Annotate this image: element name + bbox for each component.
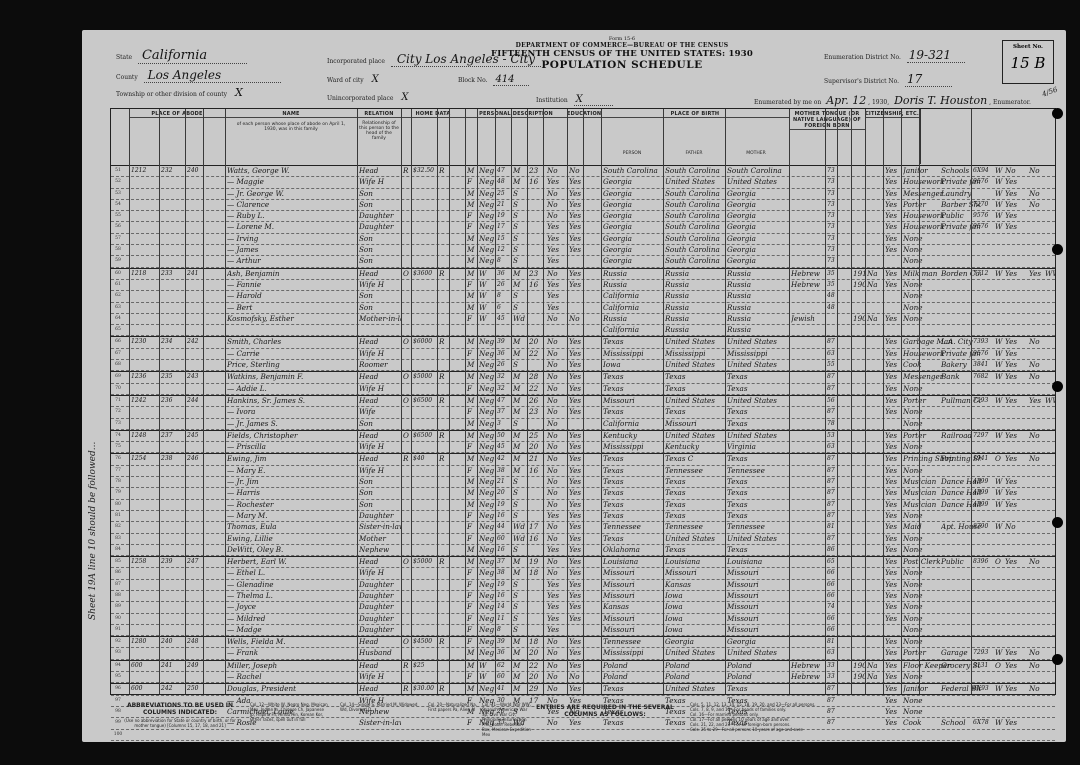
cell-radio: R bbox=[439, 637, 449, 647]
cell-english: Yes bbox=[885, 661, 901, 671]
cell-age: 38 bbox=[497, 466, 511, 476]
cell-race: Neg bbox=[479, 545, 495, 555]
cell-relation: Head bbox=[359, 337, 401, 347]
cell-english: Yes bbox=[885, 349, 901, 359]
cell-occupation: None bbox=[903, 384, 953, 394]
supervisor-value: 17 bbox=[905, 72, 952, 87]
cell-school: Yes bbox=[547, 234, 565, 244]
cell-code: 87 bbox=[827, 500, 837, 510]
cell-pob: Poland bbox=[603, 661, 663, 671]
cell-age: 62 bbox=[497, 661, 511, 671]
department-title: DEPARTMENT OF COMMERCE—BUREAU OF THE CEN… bbox=[482, 42, 762, 49]
cell-occupation: None bbox=[903, 466, 953, 476]
col20-note: Col. 20—Naturalized Na, First papers Pa,… bbox=[428, 702, 478, 712]
cell-race: Neg bbox=[479, 454, 495, 464]
cell-read: Yes bbox=[569, 372, 583, 382]
cell-sex: M bbox=[467, 360, 477, 370]
township-label: Township or other division of county bbox=[116, 91, 227, 98]
cell-pob-father: South Carolina bbox=[665, 200, 725, 210]
cell-pob: Missouri bbox=[603, 591, 663, 601]
cell-sex: F bbox=[467, 407, 477, 417]
cell-school: No bbox=[547, 568, 565, 578]
cell-pob-mother: Texas bbox=[727, 488, 789, 498]
cell-relation: Son bbox=[359, 419, 401, 429]
cell-pob-father: South Carolina bbox=[665, 256, 725, 266]
cell-occupation: None bbox=[903, 291, 953, 301]
cell-age-married: 29 bbox=[529, 684, 543, 694]
rule bbox=[411, 109, 412, 694]
line-number: 71 bbox=[113, 396, 123, 406]
cell-relation: Head bbox=[359, 269, 401, 279]
cell-pob: Georgia bbox=[603, 189, 663, 199]
cell-family: 243 bbox=[187, 372, 203, 382]
rule bbox=[477, 109, 478, 694]
cell-occ-code: 8790 bbox=[973, 522, 993, 532]
cell-sex: F bbox=[467, 177, 477, 187]
cell-veteran: Yes bbox=[1029, 269, 1043, 279]
cell-school: Yes bbox=[547, 303, 565, 313]
cell-read: Yes bbox=[569, 442, 583, 452]
cell-race: Neg bbox=[479, 431, 495, 441]
cell-code: 87 bbox=[827, 534, 837, 544]
cell-veteran: No bbox=[1029, 189, 1043, 199]
line-number: 93 bbox=[113, 648, 123, 658]
cell-relation: Son bbox=[359, 477, 401, 487]
line-number: 79 bbox=[113, 488, 123, 498]
cell-english: Yes bbox=[885, 234, 901, 244]
cell-sex: M bbox=[467, 200, 477, 210]
cell-relation: Head bbox=[359, 372, 401, 382]
cell-age: 25 bbox=[497, 189, 511, 199]
state-label: State bbox=[116, 54, 132, 61]
cell-sex: F bbox=[467, 466, 477, 476]
line-number: 92 bbox=[113, 637, 123, 647]
cell-code: 48 bbox=[827, 303, 837, 313]
cell-pob-father: Iowa bbox=[665, 591, 725, 601]
cell-pob-mother: Texas bbox=[727, 477, 789, 487]
cell-pob-mother: Poland bbox=[727, 672, 789, 682]
cell-age: 39 bbox=[497, 337, 511, 347]
cell-school: No bbox=[547, 269, 565, 279]
cell-read: Yes bbox=[569, 466, 583, 476]
cell-veteran: No bbox=[1029, 454, 1043, 464]
cell-school: No bbox=[547, 442, 565, 452]
unincorporated-field: Unincorporated place X bbox=[327, 92, 408, 103]
cell-name: Watts, George W. bbox=[227, 166, 357, 176]
cell-code: 65 bbox=[827, 557, 837, 567]
census-title: FIFTEENTH CENSUS OF THE UNITED STATES: 1… bbox=[482, 49, 762, 59]
cell-school: No bbox=[547, 661, 565, 671]
cell-marital: M bbox=[513, 557, 527, 567]
cell-sex: F bbox=[467, 591, 477, 601]
cell-class: W bbox=[995, 349, 1003, 359]
cell-age: 48 bbox=[497, 177, 511, 187]
cell-pob-father: Russia bbox=[665, 314, 725, 324]
cell-pob-father: United States bbox=[665, 534, 725, 544]
line-number: 51 bbox=[113, 166, 123, 176]
cell-school: No bbox=[547, 672, 565, 682]
line-number: 90 bbox=[113, 614, 123, 624]
cell-code: 86 bbox=[827, 545, 837, 555]
rule bbox=[129, 109, 130, 694]
cell-english: Yes bbox=[885, 337, 901, 347]
cell-code: 81 bbox=[827, 522, 837, 532]
cell-value: $4500 bbox=[413, 637, 437, 647]
cell-school: No bbox=[547, 349, 565, 359]
cell-pob: Texas bbox=[603, 372, 663, 382]
cell-relation: Daughter bbox=[359, 211, 401, 221]
margin-annotation: Sheet 19A line 10 should be followed... bbox=[88, 442, 98, 620]
cell-english: Yes bbox=[885, 442, 901, 452]
cell-marital: M bbox=[513, 684, 527, 694]
cell-sex: M bbox=[467, 488, 477, 498]
rule bbox=[225, 109, 226, 694]
cell-imm-year: 1907 bbox=[853, 672, 865, 682]
cell-read: Yes bbox=[569, 602, 583, 612]
cell-race: Neg bbox=[479, 466, 495, 476]
cell-age: 39 bbox=[497, 637, 511, 647]
cell-marital: S bbox=[513, 580, 527, 590]
cell-pob-father: United States bbox=[665, 177, 725, 187]
cell-class: O bbox=[995, 454, 1003, 464]
cell-radio: R bbox=[439, 372, 449, 382]
cell-name: — Rachel bbox=[227, 672, 357, 682]
punch-hole bbox=[1052, 654, 1063, 665]
cell-english: Yes bbox=[885, 534, 901, 544]
col12-race-note: Col. 12—White W, Negro Neg, Mexican Mex,… bbox=[250, 702, 330, 722]
cell-age-married: 23 bbox=[529, 269, 543, 279]
rule bbox=[567, 109, 568, 694]
cell-age: 20 bbox=[497, 488, 511, 498]
cell-pob-mother: Russia bbox=[727, 269, 789, 279]
cell-pob-father: Iowa bbox=[665, 625, 725, 635]
cell-dwelling: 242 bbox=[161, 684, 185, 694]
cell-pob-father: Louisiana bbox=[665, 557, 725, 567]
cell-english: Yes bbox=[885, 211, 901, 221]
cell-house: 600 bbox=[131, 684, 159, 694]
cell-marital: S bbox=[513, 256, 527, 266]
cell-school: No bbox=[547, 534, 565, 544]
cell-sex: M bbox=[467, 234, 477, 244]
cell-pob-father: Russia bbox=[665, 280, 725, 290]
enum-district-label: Enumeration District No. bbox=[824, 54, 901, 61]
cell-pob-father: Texas C bbox=[665, 454, 725, 464]
cell-school: No bbox=[547, 488, 565, 498]
cell-class: W bbox=[995, 211, 1003, 221]
cell-tongue: Hebrew bbox=[791, 269, 825, 279]
cell-pob-father: South Carolina bbox=[665, 234, 725, 244]
cell-name: — Harold bbox=[227, 291, 357, 301]
cell-class: O bbox=[995, 557, 1003, 567]
cell-code: 33 bbox=[827, 661, 837, 671]
cell-code: 87 bbox=[827, 488, 837, 498]
cell-value: $30.00 bbox=[413, 684, 437, 694]
cell-marital: S bbox=[513, 545, 527, 555]
cell-name: — Bert bbox=[227, 303, 357, 313]
cell-sex: M bbox=[467, 661, 477, 671]
cell-school: No bbox=[547, 419, 565, 429]
cell-marital: Wd bbox=[513, 534, 527, 544]
cell-age-married: 23 bbox=[529, 166, 543, 176]
cell-class: W bbox=[995, 522, 1003, 532]
cell-name: — Thelma L. bbox=[227, 591, 357, 601]
cell-read: Yes bbox=[569, 568, 583, 578]
cell-age: 41 bbox=[497, 684, 511, 694]
cell-school: Yes bbox=[547, 591, 565, 601]
rule bbox=[883, 109, 884, 694]
cell-pob-mother: United States bbox=[727, 337, 789, 347]
line-number: 69 bbox=[113, 372, 123, 382]
line-number: 62 bbox=[113, 291, 123, 301]
rule bbox=[663, 109, 664, 694]
line-number: 57 bbox=[113, 234, 123, 244]
cell-occupation: None bbox=[903, 637, 953, 647]
cell-pob-mother: Georgia bbox=[727, 222, 789, 232]
cell-pob: Texas bbox=[603, 511, 663, 521]
cell-pob-father: United States bbox=[665, 648, 725, 658]
cell-family: 241 bbox=[187, 269, 203, 279]
cell-employed: Yes bbox=[1005, 396, 1019, 406]
cell-read: Yes bbox=[569, 534, 583, 544]
col-mother-tongue: MOTHER TONGUE (OR NATIVE LANGUAGE) OF FO… bbox=[789, 109, 866, 164]
cell-radio: R bbox=[439, 269, 449, 279]
cell-code: 55 bbox=[827, 360, 837, 370]
cell-age-married: 16 bbox=[529, 534, 543, 544]
cell-pob-father: South Carolina bbox=[665, 211, 725, 221]
cell-dwelling: 239 bbox=[161, 557, 185, 567]
line-number: 86 bbox=[113, 568, 123, 578]
cell-pob: Georgia bbox=[603, 211, 663, 221]
rule bbox=[725, 109, 726, 694]
cell-occ-code: 7270 bbox=[973, 200, 993, 210]
cell-pob-mother: Louisiana bbox=[727, 557, 789, 567]
cell-tenure: O bbox=[403, 396, 411, 406]
cell-value: $5000 bbox=[413, 557, 437, 567]
cell-code: 73 bbox=[827, 189, 837, 199]
punch-hole bbox=[1052, 108, 1063, 119]
cell-employed: Yes bbox=[1005, 661, 1019, 671]
cell-pob: Missouri bbox=[603, 580, 663, 590]
cell-marital: M bbox=[513, 661, 527, 671]
cell-relation: Son bbox=[359, 245, 401, 255]
cell-sex: F bbox=[467, 280, 477, 290]
cell-tenure: O bbox=[403, 431, 411, 441]
line-number: 56 bbox=[113, 222, 123, 232]
cell-pob-father: Mississippi bbox=[665, 349, 725, 359]
cell-english: Yes bbox=[885, 177, 901, 187]
entries-note: Cols. 25 to 29—For all persons 10 years … bbox=[690, 727, 1030, 732]
cell-pob-mother: Missouri bbox=[727, 625, 789, 635]
cell-race: Neg bbox=[479, 372, 495, 382]
cell-code: 35 bbox=[827, 269, 837, 279]
relation-desc: Relationship of this person to the head … bbox=[357, 118, 401, 144]
cell-school: No bbox=[547, 396, 565, 406]
cell-employed: Yes bbox=[1005, 477, 1019, 487]
cell-code: 63 bbox=[827, 349, 837, 359]
line-number: 55 bbox=[113, 211, 123, 221]
cell-race: Neg bbox=[479, 534, 495, 544]
cell-read: Yes bbox=[569, 407, 583, 417]
col-education: EDUCATION bbox=[567, 109, 602, 164]
cell-age: 15 bbox=[497, 234, 511, 244]
cell-marital: M bbox=[513, 442, 527, 452]
cell-name: — Arthur bbox=[227, 256, 357, 266]
col-name: NAMEof each person whose place of abode … bbox=[225, 109, 358, 164]
cell-school: No bbox=[547, 314, 565, 324]
cell-occupation: None bbox=[903, 419, 953, 429]
cell-code: 35 bbox=[827, 280, 837, 290]
cell-marital: M bbox=[513, 396, 527, 406]
cell-employed: Yes bbox=[1005, 372, 1019, 382]
cell-read: Yes bbox=[569, 477, 583, 487]
cell-age-married: 25 bbox=[529, 431, 543, 441]
cell-employed: Yes bbox=[1005, 189, 1019, 199]
cell-pob-mother: Texas bbox=[727, 511, 789, 521]
cell-pob-father: Georgia bbox=[665, 637, 725, 647]
cell-occupation: None bbox=[903, 256, 953, 266]
cell-pob-father: Texas bbox=[665, 477, 725, 487]
cell-code: 73 bbox=[827, 245, 837, 255]
cell-race: Neg bbox=[479, 500, 495, 510]
rule bbox=[543, 109, 544, 694]
cell-code: 87 bbox=[827, 477, 837, 487]
rule bbox=[825, 109, 826, 694]
cell-english: Yes bbox=[885, 314, 901, 324]
cell-code: 87 bbox=[827, 466, 837, 476]
cell-english: Yes bbox=[885, 568, 901, 578]
cell-occ-code: 4399 bbox=[973, 488, 993, 498]
cell-english: Yes bbox=[885, 614, 901, 624]
cell-age-married: 16 bbox=[529, 280, 543, 290]
col-citizenship: CITIZENSHIP, ETC. bbox=[865, 109, 920, 164]
cell-read: Yes bbox=[569, 684, 583, 694]
supervisor-label: Supervisor's District No. bbox=[824, 78, 899, 85]
rule bbox=[185, 109, 186, 694]
cell-english: Yes bbox=[885, 522, 901, 532]
township-field: Township or other division of county X bbox=[116, 86, 286, 99]
cell-name: DeWitt, Oley B. bbox=[227, 545, 357, 555]
cell-pob: South Carolina bbox=[603, 166, 663, 176]
cell-sex: F bbox=[467, 580, 477, 590]
cell-pob-mother: Texas bbox=[727, 545, 789, 555]
cell-pob-mother: Georgia bbox=[727, 200, 789, 210]
cell-pob-father: Texas bbox=[665, 488, 725, 498]
cell-pob: Russia bbox=[603, 314, 663, 324]
cell-war: WW bbox=[1045, 396, 1055, 406]
cell-name: — Rochester bbox=[227, 500, 357, 510]
cell-family: 242 bbox=[187, 337, 203, 347]
cell-pob-mother: Tennessee bbox=[727, 466, 789, 476]
cell-tongue: Jewish bbox=[791, 314, 825, 324]
cell-veteran: No bbox=[1029, 431, 1043, 441]
cell-school: Yes bbox=[547, 280, 565, 290]
cell-english: Yes bbox=[885, 189, 901, 199]
cell-radio: R bbox=[439, 454, 449, 464]
cell-pob-mother: Georgia bbox=[727, 256, 789, 266]
cell-age: 14 bbox=[497, 602, 511, 612]
cell-marital: S bbox=[513, 234, 527, 244]
cell-sex: M bbox=[467, 245, 477, 255]
cell-tenure: O bbox=[403, 269, 411, 279]
cell-code: 63 bbox=[827, 442, 837, 452]
cell-occupation: None bbox=[903, 545, 953, 555]
cell-read: Yes bbox=[569, 591, 583, 601]
line-number: 78 bbox=[113, 477, 123, 487]
cell-tongue: Hebrew bbox=[791, 672, 825, 682]
institution-field: Institution X bbox=[536, 94, 613, 105]
cell-read: Yes bbox=[569, 234, 583, 244]
cell-class: W bbox=[995, 189, 1003, 199]
cell-relation: Head bbox=[359, 557, 401, 567]
cell-name: Miller, Joseph bbox=[227, 661, 357, 671]
cell-code: 33 bbox=[827, 672, 837, 682]
sheet-label: Sheet No. bbox=[1003, 44, 1053, 50]
cell-relation: Wife H bbox=[359, 442, 401, 452]
cell-house: 600 bbox=[131, 661, 159, 671]
cell-age-married: 22 bbox=[529, 349, 543, 359]
cell-read: Yes bbox=[569, 500, 583, 510]
cell-name: — Jr. James S. bbox=[227, 419, 357, 429]
enum-district-field: Enumeration District No. 19-321 bbox=[824, 48, 965, 62]
form-footer: ABBREVIATIONS TO BE USED IN COLUMNS INDI… bbox=[110, 698, 1054, 738]
cell-sex: M bbox=[467, 419, 477, 429]
cell-pob-mother: South Carolina bbox=[727, 166, 789, 176]
cell-read: Yes bbox=[569, 384, 583, 394]
cell-marital: M bbox=[513, 177, 527, 187]
cell-pob: Texas bbox=[603, 384, 663, 394]
cell-pob: Missouri bbox=[603, 396, 663, 406]
state-field: State California bbox=[116, 48, 247, 63]
rule bbox=[159, 109, 160, 694]
cell-employed: Yes bbox=[1005, 684, 1019, 694]
cell-value: $32.50 bbox=[413, 166, 437, 176]
cell-name: — Ethel L. bbox=[227, 568, 357, 578]
cell-age-married: 20 bbox=[529, 337, 543, 347]
cell-relation: Son bbox=[359, 500, 401, 510]
cell-occupation: None bbox=[903, 602, 953, 612]
cell-veteran: No bbox=[1029, 166, 1043, 176]
enumerated-label: Enumerated by me on bbox=[754, 99, 821, 106]
cell-marital: S bbox=[513, 614, 527, 624]
cell-marital: S bbox=[513, 511, 527, 521]
cell-employed: Yes bbox=[1005, 648, 1019, 658]
cell-pob-father: South Carolina bbox=[665, 166, 725, 176]
cell-pob-mother: Georgia bbox=[727, 211, 789, 221]
cell-imm-year: 1911 bbox=[853, 269, 865, 279]
cell-occ-code: 9131 bbox=[973, 661, 993, 671]
cell-read: Yes bbox=[569, 545, 583, 555]
line-number: 70 bbox=[113, 384, 123, 394]
cell-pob: Texas bbox=[603, 488, 663, 498]
cell-english: Yes bbox=[885, 166, 901, 176]
cell-sex: M bbox=[467, 684, 477, 694]
rule bbox=[465, 109, 466, 694]
cell-age-married: 20 bbox=[529, 672, 543, 682]
cell-name: — James bbox=[227, 245, 357, 255]
cell-age: 19 bbox=[497, 211, 511, 221]
cell-code: 87 bbox=[827, 684, 837, 694]
cell-pob-father: Missouri bbox=[665, 419, 725, 429]
cell-pob: Poland bbox=[603, 672, 663, 682]
cell-race: Neg bbox=[479, 648, 495, 658]
cell-house: 1212 bbox=[131, 166, 159, 176]
cell-english: Yes bbox=[885, 637, 901, 647]
cell-occupation: None bbox=[903, 580, 953, 590]
cell-dwelling: 241 bbox=[161, 661, 185, 671]
cell-employed: Yes bbox=[1005, 349, 1019, 359]
cell-code: 73 bbox=[827, 200, 837, 210]
cell-school: No bbox=[547, 384, 565, 394]
